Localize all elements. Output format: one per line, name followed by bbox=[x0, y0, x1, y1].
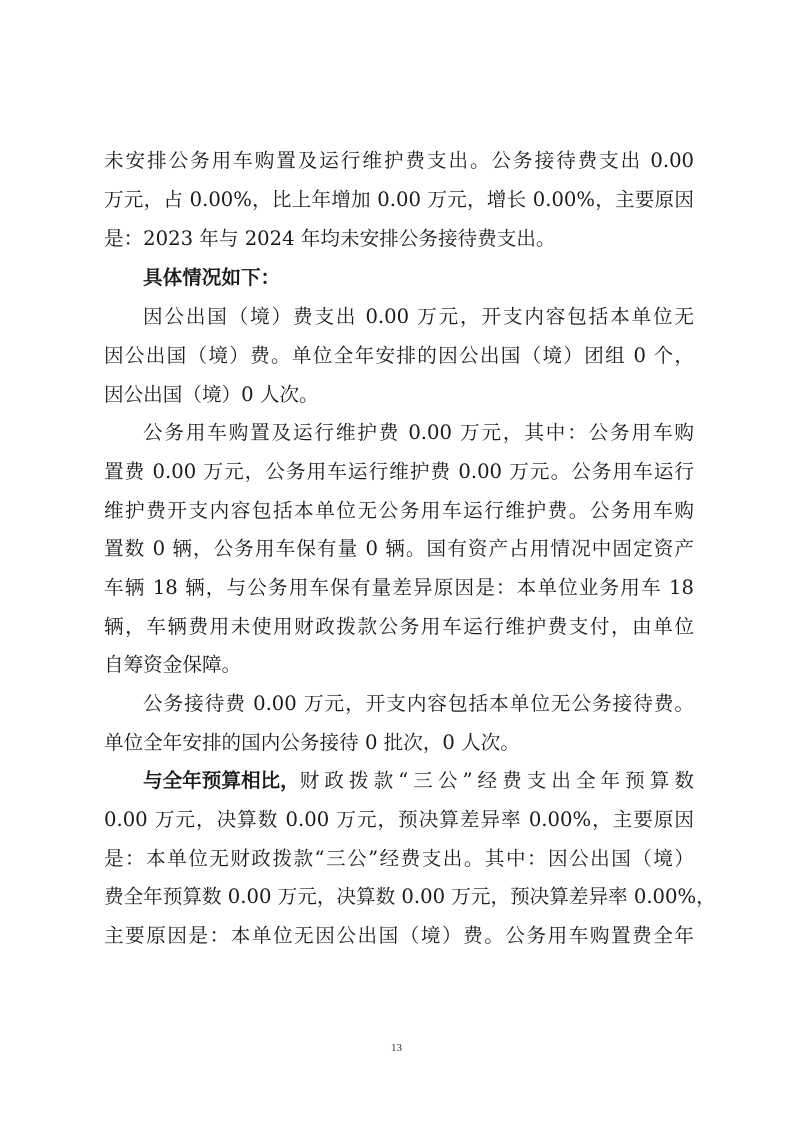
paragraph-line: 因公出国（境）费支出 0.00 万元，开支内容包括本单位无 bbox=[143, 302, 694, 332]
paragraph-line: 车辆 18 辆，与公务用车保有量差异原因是：本单位业务用车 18 bbox=[104, 573, 694, 603]
paragraph-line: 主要原因是：本单位无因公出国（境）费。公务用车购置费全年 bbox=[104, 921, 694, 951]
paragraph-line: 置数 0 辆，公务用车保有量 0 辆。国有资产占用情况中固定资产 bbox=[104, 534, 694, 564]
paragraph-line: 因公出国（境）费。单位全年安排的因公出国（境）团组 0 个， bbox=[104, 341, 694, 371]
paragraph-line: 辆，车辆费用未使用财政拨款公务用车运行维护费支付，由单位 bbox=[104, 612, 694, 642]
bold-lead-text: 与全年预算相比， bbox=[143, 766, 300, 796]
paragraph-line: 单位全年安排的国内公务接待 0 批次，0 人次。 bbox=[104, 728, 694, 758]
paragraph-line: 因公出国（境）0 人次。 bbox=[104, 380, 694, 410]
paragraph-line: 费全年预算数 0.00 万元，决算数 0.00 万元，预决算差异率 0.00%， bbox=[104, 882, 694, 912]
paragraph-line: 未安排公务用车购置及运行维护费支出。公务接待费支出 0.00 bbox=[104, 146, 694, 176]
document-page: 未安排公务用车购置及运行维护费支出。公务接待费支出 0.00 万元，占 0.00… bbox=[0, 0, 793, 1122]
paragraph-line: 是：2023 年与 2024 年均未安排公务接待费支出。 bbox=[104, 224, 694, 254]
paragraph-line: 公务接待费 0.00 万元，开支内容包括本单位无公务接待费。 bbox=[143, 689, 694, 719]
paragraph-line: 自筹资金保障。 bbox=[104, 650, 694, 680]
section-heading: 具体情况如下： bbox=[143, 263, 694, 293]
paragraph-line: 0.00 万元，决算数 0.00 万元，预决算差异率 0.00%，主要原因 bbox=[104, 805, 694, 835]
paragraph-line: 是：本单位无财政拨款“三公”经费支出。其中：因公出国（境） bbox=[104, 844, 694, 874]
paragraph-line: 与全年预算相比， 财政拨款“三公”经费支出全年预算数 bbox=[143, 766, 694, 796]
paragraph-line-text: 财政拨款“三公”经费支出全年预算数 bbox=[300, 766, 694, 796]
paragraph-line: 公务用车购置及运行维护费 0.00 万元，其中：公务用车购 bbox=[143, 418, 694, 448]
paragraph-line: 维护费开支内容包括本单位无公务用车运行维护费。公务用车购 bbox=[104, 496, 694, 526]
paragraph-line: 置费 0.00 万元，公务用车运行维护费 0.00 万元。公务用车运行 bbox=[104, 457, 694, 487]
paragraph-line: 万元，占 0.00%，比上年增加 0.00 万元，增长 0.00%，主要原因 bbox=[104, 185, 694, 215]
page-number: 13 bbox=[0, 1042, 793, 1054]
